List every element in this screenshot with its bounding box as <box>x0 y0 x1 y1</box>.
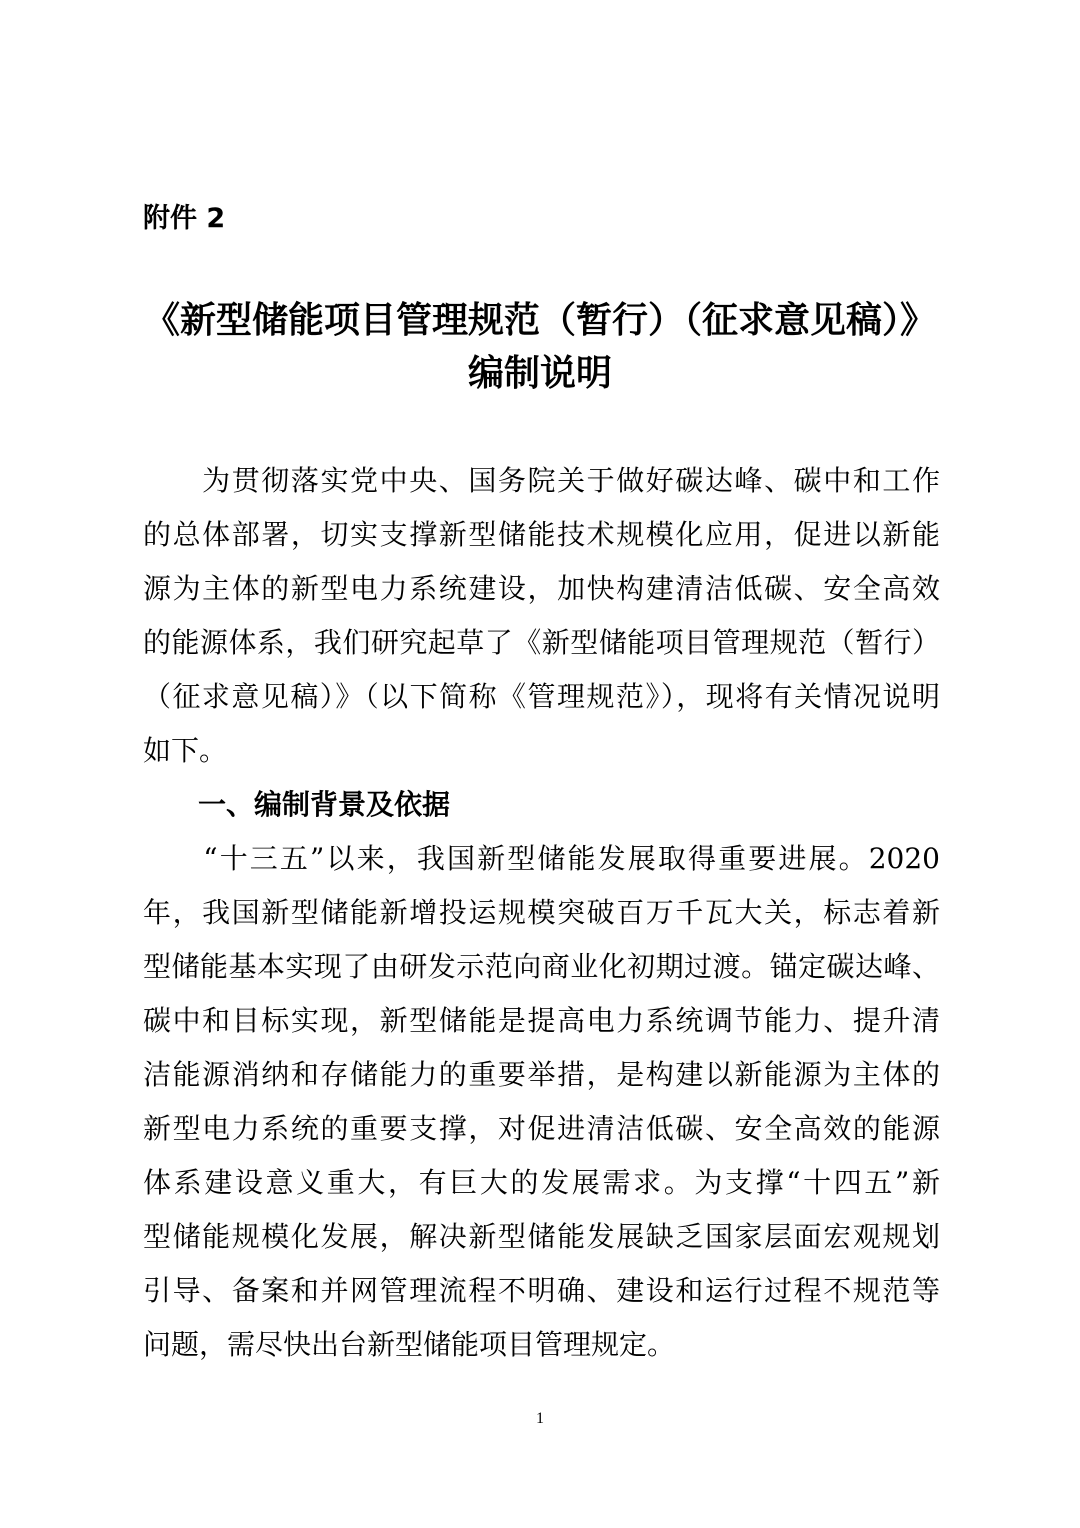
body-line: 洁能源消纳和存储能力的重要举措，是构建以新能源为主体的 <box>143 1055 940 1095</box>
body-line: 问题，需尽快出台新型储能项目管理规定。 <box>143 1325 940 1365</box>
body-line: 型储能规模化发展，解决新型储能发展缺乏国家层面宏观规划 <box>143 1217 940 1257</box>
body-line: 引导、备案和并网管理流程不明确、建设和运行过程不规范等 <box>143 1271 940 1311</box>
body-line: 新型电力系统的重要支撑，对促进清洁低碳、安全高效的能源 <box>143 1109 940 1149</box>
document-title: 《新型储能项目管理规范（暂行）（征求意见稿）》 <box>0 292 1080 343</box>
body-line: 体系建设意义重大，有巨大的发展需求。为支撑“十四五”新 <box>143 1163 940 1203</box>
intro-line: 源为主体的新型电力系统建设，加快构建清洁低碳、安全高效 <box>143 569 940 609</box>
page-number: 1 <box>0 1410 1080 1428</box>
intro-line: 的总体部署，切实支撑新型储能技术规模化应用，促进以新能 <box>143 515 940 555</box>
document-subtitle: 编制说明 <box>0 345 1080 396</box>
body-line: “十三五”以来，我国新型储能发展取得重要进展。2020 <box>143 839 940 879</box>
intro-line: 的能源体系，我们研究起草了《新型储能项目管理规范（暂行） <box>143 623 940 663</box>
intro-line: （征求意见稿）》（以下简称《管理规范》），现将有关情况说明 <box>143 677 940 717</box>
intro-line: 如下。 <box>143 731 940 771</box>
attachment-label: 附件 2 <box>143 196 225 235</box>
body-line: 碳中和目标实现，新型储能是提高电力系统调节能力、提升清 <box>143 1001 940 1041</box>
body-line: 型储能基本实现了由研发示范向商业化初期过渡。锚定碳达峰、 <box>143 947 940 987</box>
document-page: 附件 2 《新型储能项目管理规范（暂行）（征求意见稿）》 编制说明 为贯彻落实党… <box>0 0 1080 1528</box>
body-line: 年，我国新型储能新增投运规模突破百万千瓦大关，标志着新 <box>143 893 940 933</box>
section-heading: 一、编制背景及依据 <box>198 785 450 825</box>
intro-line: 为贯彻落实党中央、国务院关于做好碳达峰、碳中和工作 <box>143 461 940 501</box>
